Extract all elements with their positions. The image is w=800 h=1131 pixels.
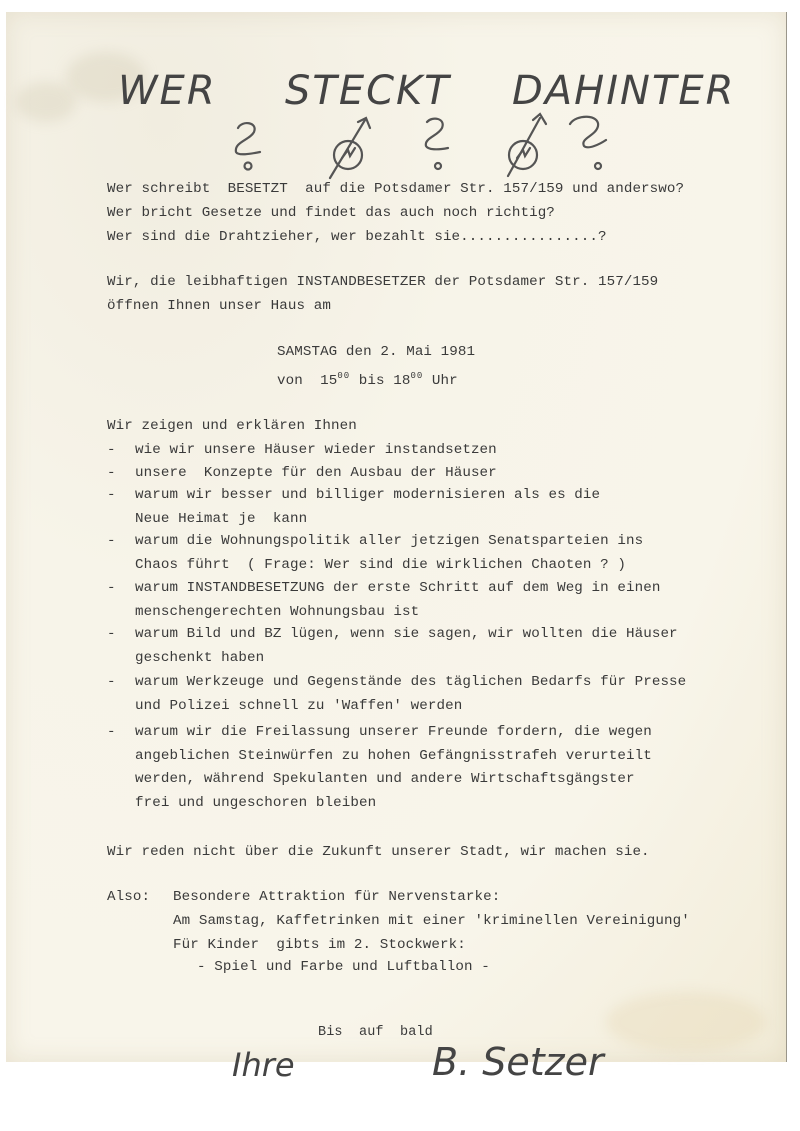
list-item-line: warum wir die Freilassung unserer Freund…: [135, 723, 652, 741]
signature-name: B. Setzer: [432, 1040, 604, 1084]
list-item-line: warum die Wohnungspolitik aller jetzigen…: [135, 532, 643, 550]
list-item-line: Chaos führt ( Frage: Wer sind die wirkli…: [135, 556, 626, 574]
bullet-dash: -: [107, 579, 116, 597]
list-item-line: wie wir unsere Häuser wieder instandsetz…: [135, 441, 497, 459]
intro-line: öffnen Ihnen unser Haus am: [107, 297, 331, 315]
bullet-dash: -: [107, 673, 116, 691]
also-label: Also:: [107, 888, 150, 906]
closing: Bis auf bald: [318, 1024, 433, 1042]
squatter-sign-icon: [330, 118, 370, 178]
list-item-line: und Polizei schnell zu 'Waffen' werden: [135, 697, 462, 715]
question-mark-icon: [236, 123, 260, 169]
kids-activities: - Spiel und Farbe und Luftballon -: [197, 958, 490, 976]
bullet-dash: -: [107, 625, 116, 643]
question-mark-icon: [570, 117, 606, 169]
headline-symbols: [220, 110, 620, 180]
statement: Wir reden nicht über die Zukunft unserer…: [107, 843, 650, 861]
signature-prefix: Ihre: [232, 1046, 295, 1084]
list-item-line: unsere Konzepte für den Ausbau der Häuse…: [135, 464, 497, 482]
list-item-line: frei und ungeschoren bleiben: [135, 794, 376, 812]
bullet-dash: -: [107, 486, 116, 504]
time-prefix: von: [277, 373, 320, 389]
time-separator: bis: [350, 373, 393, 389]
intro-line: Wir, die leibhaftigen INSTANDBESETZER de…: [107, 273, 658, 291]
headline-word-2: STECKT: [285, 68, 451, 114]
list-item-line: warum INSTANDBESETZUNG der erste Schritt…: [135, 579, 660, 597]
list-item-line: warum Werkzeuge und Gegenstände des tägl…: [135, 673, 686, 691]
end-minutes: 00: [410, 371, 423, 381]
question-line: Wer schreibt BESETZT auf die Potsdamer S…: [107, 180, 684, 198]
question-line: Wer bricht Gesetze und findet das auch n…: [107, 204, 555, 222]
list-intro: Wir zeigen und erklären Ihnen: [107, 417, 357, 435]
end-hour: 18: [393, 373, 410, 389]
bullet-dash: -: [107, 723, 116, 741]
time-suffix: Uhr: [423, 373, 457, 389]
list-item-line: geschenkt haben: [135, 649, 264, 667]
start-minutes: 00: [337, 371, 350, 381]
stain: [16, 82, 76, 122]
headline-word-1: WER: [118, 68, 217, 114]
stain: [606, 992, 766, 1052]
list-item-line: menschengerechten Wohnungsbau ist: [135, 603, 419, 621]
list-item-line: warum wir besser und billiger modernisie…: [135, 486, 600, 504]
event-time: von 1500 bis 1800 Uhr: [277, 367, 458, 390]
also-line: Besondere Attraktion für Nervenstarke:: [173, 888, 500, 906]
bullet-dash: -: [107, 532, 116, 550]
start-hour: 15: [320, 373, 337, 389]
bullet-dash: -: [107, 441, 116, 459]
also-line: Am Samstag, Kaffetrinken mit einer 'krim…: [173, 912, 690, 930]
squatter-sign-icon: [508, 114, 546, 176]
question-line: Wer sind die Drahtzieher, wer bezahlt si…: [107, 228, 607, 246]
question-mark-icon: [426, 119, 448, 169]
also-line: Für Kinder gibts im 2. Stockwerk:: [173, 936, 466, 954]
list-item-line: Neue Heimat je kann: [135, 510, 307, 528]
list-item-line: angeblichen Steinwürfen zu hohen Gefängn…: [135, 747, 652, 765]
headline-word-3: DAHINTER: [512, 68, 735, 114]
list-item-line: warum Bild und BZ lügen, wenn sie sagen,…: [135, 625, 678, 643]
list-item-line: werden, während Spekulanten und andere W…: [135, 770, 635, 788]
bullet-dash: -: [107, 464, 116, 482]
event-date: SAMSTAG den 2. Mai 1981: [277, 343, 475, 361]
